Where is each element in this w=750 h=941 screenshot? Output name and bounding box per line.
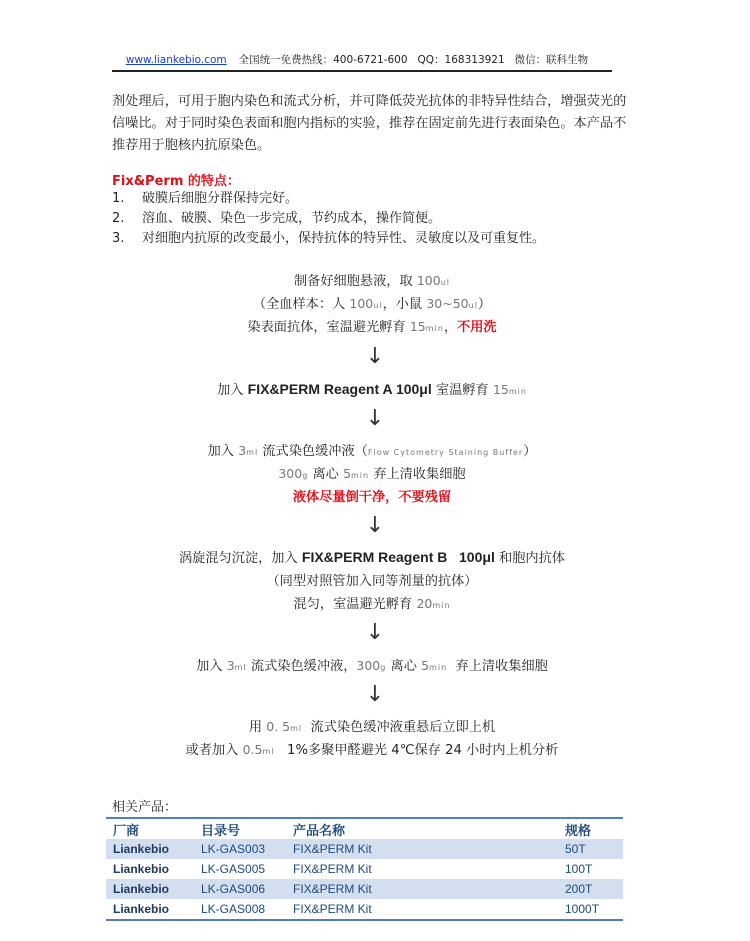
no-wash-note: 不用洗 bbox=[457, 320, 497, 335]
step5-line: 加入 3ml 流式染色缓冲液，300g 离心 5min 弃上清收集细胞 bbox=[112, 655, 632, 674]
features-title: Fix&Perm 的特点： bbox=[112, 170, 240, 189]
col-catalog: 目录号 bbox=[194, 818, 286, 839]
col-vendor: 厂商 bbox=[106, 818, 194, 839]
step6-line2: 或者加入 0.5ml 1%多聚甲醛避光 4℃保存 24 小时内上机分析 bbox=[112, 739, 632, 758]
arrow-down-icon: ↓ bbox=[365, 346, 385, 368]
intro-paragraph: 剂处理后，可用于胞内染色和流式分析，并可降低荧光抗体的非特异性结合，增强荧光的信… bbox=[112, 91, 632, 157]
arrow-down-icon: ↓ bbox=[365, 515, 385, 537]
hotline-text: 全国统一免费热线：400-6721-600 bbox=[239, 54, 408, 66]
table-row: Liankebio LK-GAS008 FIX&PERM Kit 1000T bbox=[106, 899, 623, 920]
step3-line1: 加入 3ml 流式染色缓冲液（Flow Cytometry Staining B… bbox=[112, 440, 632, 459]
qq-text: QQ：168313921 bbox=[418, 54, 505, 66]
step4-line1: 涡旋混匀沉淀，加入 FIX&PERM Reagent B 100μl 和胞内抗体 bbox=[112, 547, 632, 566]
feature-item: 1.破膜后细胞分群保持完好。 bbox=[112, 189, 632, 209]
table-row: Liankebio LK-GAS005 FIX&PERM Kit 100T bbox=[106, 859, 623, 879]
col-product-name: 产品名称 bbox=[286, 818, 558, 839]
page-header: www.liankebio.com全国统一免费热线：400-6721-600QQ… bbox=[112, 52, 612, 70]
website-link[interactable]: www.liankebio.com bbox=[126, 54, 227, 66]
col-size: 规格 bbox=[558, 818, 623, 839]
arrow-down-icon: ↓ bbox=[365, 622, 385, 644]
step4-line3: 混匀，室温避光孵育 20min bbox=[112, 593, 632, 612]
feature-item: 3.对细胞内抗原的改变最小，保持抗体的特异性、灵敏度以及可重复性。 bbox=[112, 229, 632, 249]
features-list: 1.破膜后细胞分群保持完好。 2.溶血、破膜、染色一步完成，节约成本，操作简便。… bbox=[112, 189, 632, 249]
table-row: Liankebio LK-GAS003 FIX&PERM Kit 50T bbox=[106, 839, 623, 859]
step2-line: 加入 FIX&PERM Reagent A 100μl 室温孵育 15min bbox=[112, 379, 632, 398]
step6-line1: 用 0. 5ml 流式染色缓冲液重悬后立即上机 bbox=[112, 716, 632, 735]
related-products-title: 相关产品： bbox=[112, 796, 177, 815]
step4-line2: （同型对照管加入同等剂量的抗体） bbox=[112, 570, 632, 589]
table-row: Liankebio LK-GAS006 FIX&PERM Kit 200T bbox=[106, 879, 623, 899]
step3-warning: 液体尽量倒干净，不要残留 bbox=[112, 486, 632, 505]
arrow-down-icon: ↓ bbox=[365, 408, 385, 430]
step3-line2: 300g 离心 5min 弃上清收集细胞 bbox=[112, 463, 632, 482]
step1-line1: 制备好细胞悬液，取 100ul bbox=[112, 270, 632, 289]
step1-line3: 染表面抗体，室温避光孵育 15min，不用洗 bbox=[112, 316, 632, 335]
feature-item: 2.溶血、破膜、染色一步完成，节约成本，操作简便。 bbox=[112, 209, 632, 229]
header-divider bbox=[112, 70, 612, 72]
arrow-down-icon: ↓ bbox=[365, 684, 385, 706]
table-header-row: 厂商 目录号 产品名称 规格 bbox=[106, 818, 623, 839]
related-products-table: 厂商 目录号 产品名称 规格 Liankebio LK-GAS003 FIX&P… bbox=[106, 817, 623, 921]
wechat-text: 微信：联科生物 bbox=[515, 54, 589, 66]
step1-line2: （全血样本：人 100ul，小鼠 30~50ul） bbox=[112, 293, 632, 312]
